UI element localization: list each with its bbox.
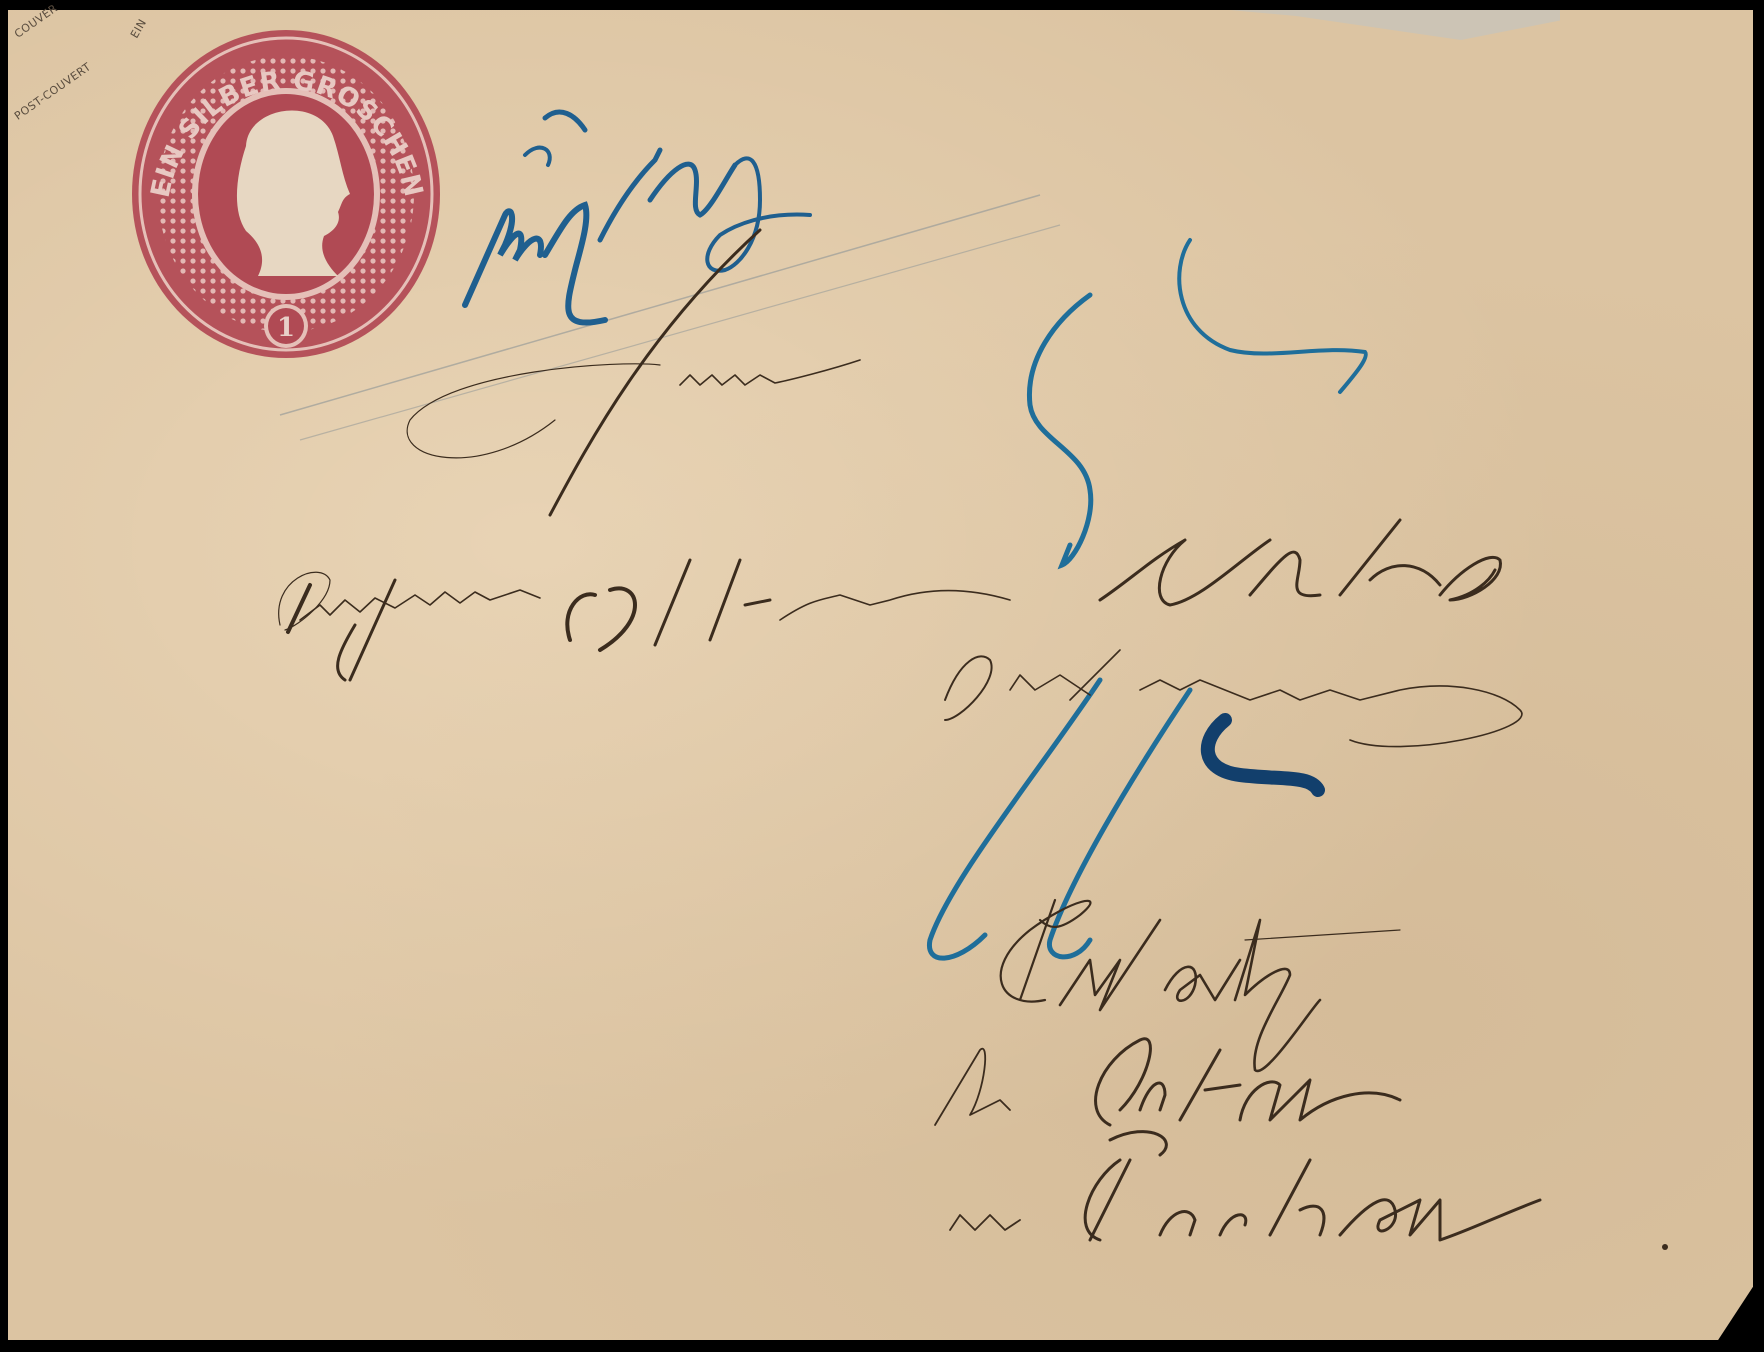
address-name: Melzer — [1100, 540, 1347, 622]
address-town: Pulsitz — [1000, 920, 1272, 1013]
address-salutation: Herrn — [660, 340, 795, 391]
blue-numeral-6-text: 6 — [930, 760, 1006, 899]
address-region: in Sachsen. — [940, 1150, 1360, 1234]
blue-annotation-text: Angezeigt — [470, 150, 775, 220]
address-near: bei Ostrau — [940, 1040, 1323, 1124]
blue-mark-gr-text: gr — [1190, 260, 1257, 330]
stamp-portrait-icon: EIN SILBER GROSCHEN 1 — [128, 26, 444, 362]
address-honorific: Wohlgeboren — [940, 650, 1316, 715]
blue-numeral-5-text: 5 — [1030, 330, 1087, 435]
stamp-denomination: 1 — [277, 313, 295, 343]
address-title: Rechnungsführer — [270, 560, 836, 634]
embossed-stamp: EIN SILBER GROSCHEN 1 — [128, 26, 444, 362]
